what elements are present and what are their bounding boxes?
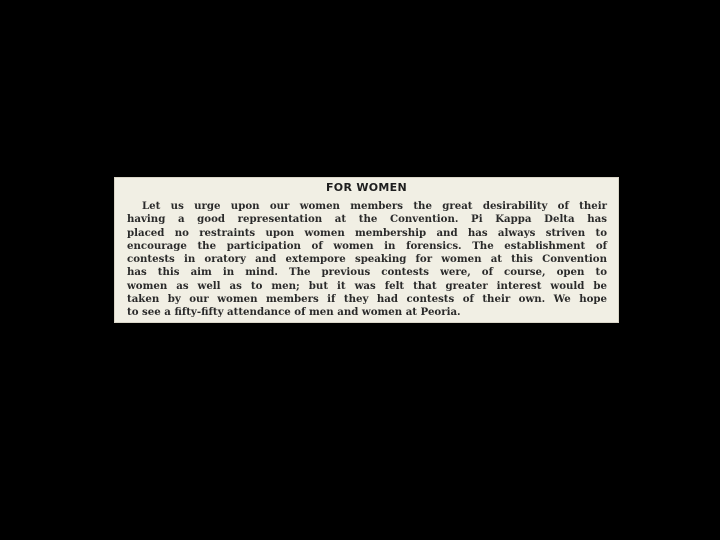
body-line: has this aim in mind. The previous conte… — [127, 266, 607, 279]
body-line: placed no restraints upon women membersh… — [127, 227, 607, 240]
clipping-title: FOR WOMEN — [114, 181, 619, 194]
body-line: having a good representation at the Conv… — [127, 213, 607, 226]
body-line: Let us urge upon our women members the g… — [127, 200, 607, 213]
newspaper-clipping: FOR WOMEN Let us urge upon our women mem… — [114, 177, 619, 323]
body-line: contests in oratory and extempore speaki… — [127, 253, 607, 266]
body-line: to see a fifty-fifty attendance of men a… — [127, 306, 607, 319]
clipping-body: Let us urge upon our women members the g… — [127, 200, 607, 320]
body-line: encourage the participation of women in … — [127, 240, 607, 253]
body-line: taken by our women members if they had c… — [127, 293, 607, 306]
body-line: women as well as to men; but it was felt… — [127, 280, 607, 293]
